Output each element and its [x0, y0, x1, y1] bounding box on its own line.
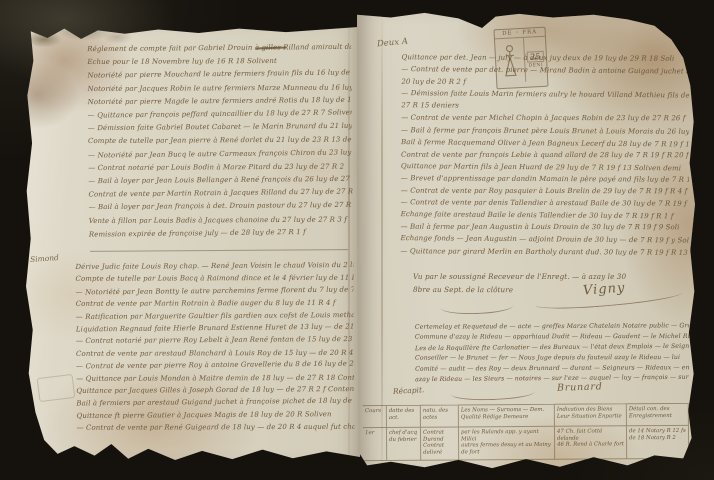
manuscript-line: — Contrat de vente par René Guigeard de …: [77, 421, 355, 434]
table-cell: par les Rulands app. y ayant Milici autr…: [459, 427, 555, 461]
manuscript-line: — Contrat de vente par Roy pasquier à Lo…: [401, 185, 689, 198]
manuscript-line: — Contrat de vente par pierre Roy à anto…: [76, 358, 354, 373]
manuscript-line: — Bail à loyer par Jean françois à det. …: [89, 199, 353, 215]
manuscript-right-page: Deux A DE ◦ FRA 25 DENI Quittance par de…: [357, 12, 695, 470]
manuscript-line: azay le Rideau — les Sieurs — notaires —…: [415, 373, 689, 385]
table-header-cell: datte des act.: [387, 405, 421, 428]
table-cell: chef d'acq du febrier: [387, 428, 421, 461]
table-header-cell: Détail con. des Enregistrement: [627, 403, 689, 426]
manuscript-line: Notoriété par pierre Mouchard le autre f…: [87, 67, 351, 83]
table-header-cell: Les Noms — Surnoms — Dem. Qualité Rédige…: [459, 404, 555, 428]
table-cell: 1er: [363, 428, 387, 461]
ink-flourish: [451, 389, 535, 402]
manuscript-line: — Quittance par Louis Mondan à Maitre de…: [76, 371, 354, 384]
right-page-entries: Quittance par det. Jean — july — à deux …: [400, 51, 689, 258]
table-cell: de 14 Notary R 12 fs de 18 Notary R 2: [627, 426, 689, 459]
manuscript-line: — Contrat notarié par Louis Bodin à Marz…: [88, 160, 352, 175]
manuscript-line: — Bail à ferme par françois Brunet père …: [401, 124, 689, 138]
binding-crease: [381, 12, 383, 470]
margin-note: Simond: [30, 253, 59, 264]
recap-label: Récapit.: [393, 385, 425, 396]
faint-archive-stamp: [37, 374, 76, 402]
manuscript-left-page: Réglement de compte fait par Gabriel Dro…: [24, 26, 360, 460]
table-header-cell: natu. des actes: [421, 404, 459, 427]
table-header-cell: Cours: [363, 405, 387, 428]
manuscript-line: — Quittance par girard Merlin en Barthol…: [400, 245, 688, 259]
manuscript-line: — Contrat notarié par pierre Roy Lebelt …: [76, 333, 354, 347]
manuscript-line: Contrat de vente par Martin Rotrain à Ba…: [76, 297, 354, 310]
table-cell: Contrat Durand Contrat delivré: [421, 427, 459, 460]
table-header-cell: Indication des Biens Leur Situation Enpa…: [555, 403, 627, 427]
certification-paragraph: Certemelay et Requetaud de — acte — gref…: [415, 321, 689, 385]
left-page-entries-top: Réglement de compte fait par Gabriel Dro…: [87, 41, 353, 241]
manuscript-photo: Réglement de compte fait par Gabriel Dro…: [0, 0, 714, 480]
receveur-closing-note: Vu par le soussigné Receveur de l'Enregt…: [413, 270, 671, 296]
manuscript-line: Vu par le soussigné Receveur de l'Enregt…: [413, 270, 671, 283]
folio-mark: Deux A: [377, 37, 409, 50]
left-page-entries-bottom: Dérive Judic faite Louis Roy chap. — Ren…: [75, 259, 354, 435]
ink-flourish: [441, 303, 513, 316]
manuscript-line: Notoriété par Jacques Robin le autre fer…: [88, 81, 352, 96]
ink-separator-line: [90, 249, 348, 252]
manuscript-line: Conseiller — le Brunet — fer — Nous Juge…: [415, 353, 689, 364]
table-cell: 47 Ch. fait Cotté delande 46 R. Rend à C…: [555, 426, 627, 460]
recap-table: Cours datte des act. natu. des actes Les…: [363, 403, 689, 461]
fold-crease: [348, 26, 350, 460]
manuscript-line: Remission expirée de françoise july — de…: [89, 225, 353, 241]
manuscript-line: Contrat de vente par françois Lebie à qu…: [401, 148, 689, 161]
signature-notaire: Brunard: [557, 381, 603, 394]
manuscript-line: Quittance par Martin fils à Jean Huard d…: [401, 160, 689, 175]
manuscript-line: — Contrat de vente par Michel Chopin à J…: [401, 112, 689, 125]
